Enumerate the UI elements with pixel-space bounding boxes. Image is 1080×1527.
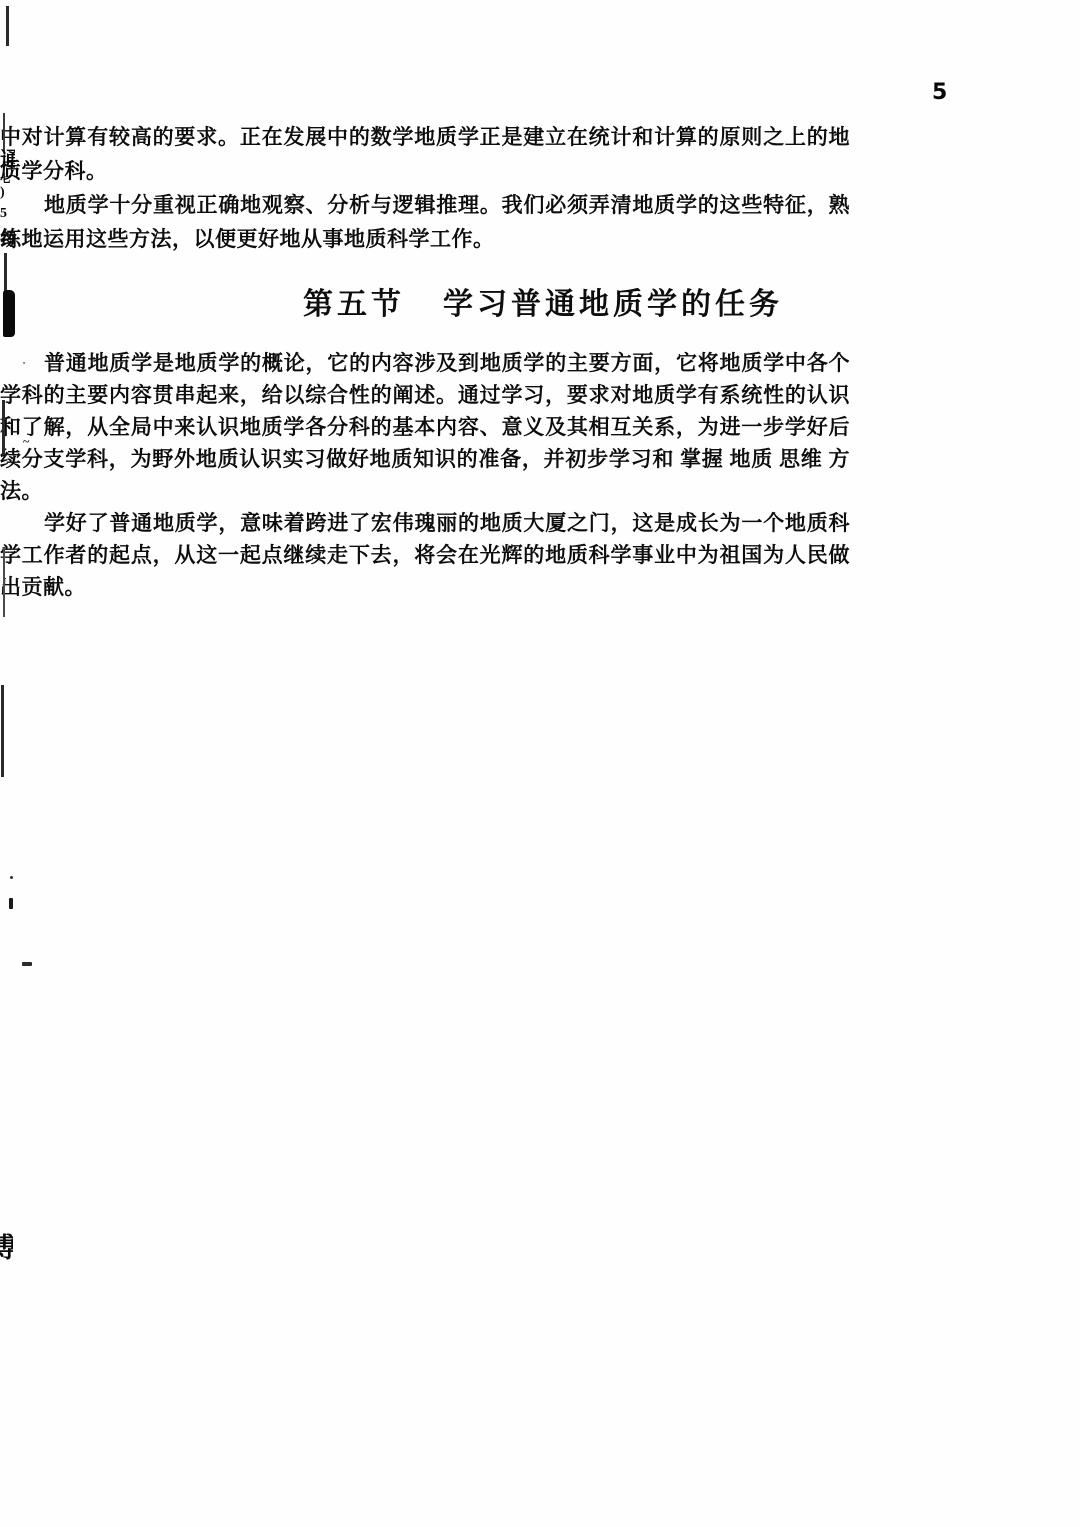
scan-speck: ~ <box>23 435 29 447</box>
page-number: 5 <box>932 80 947 105</box>
binding-line <box>3 547 5 617</box>
binding-line <box>2 400 5 455</box>
scan-speck <box>9 898 13 909</box>
spine-text-fragment: 通 <box>0 143 15 172</box>
spine-text-fragment: 尃 <box>0 1226 13 1265</box>
paragraph-1: 中对计算有较高的要求。正在发展中的数学地质学正是建立在统计和计算的原则之上的地 … <box>0 120 850 188</box>
text-line: 普通地质学是地质学的概论，它的内容涉及到地质学的主要方面，它将地质学中各个 <box>0 347 850 379</box>
text-line: 学科的主要内容贯串起来，给以综合性的阐述。通过学习，要求对地质学有系统性的认识 <box>0 379 850 411</box>
spine-text-fragment-glyph: 尃 <box>0 1226 13 1265</box>
text-line: 法。 <box>0 475 850 507</box>
binding-line <box>4 253 7 293</box>
text-line: 出贡献。 <box>0 571 850 603</box>
binding-line <box>1 685 4 777</box>
section-heading-number: 第五节 <box>303 288 405 321</box>
text-line: 质学分科。 <box>0 154 850 188</box>
paragraph-3: 普通地质学是地质学的概论，它的内容涉及到地质学的主要方面，它将地质学中各个 学科… <box>0 347 850 507</box>
spine-text-fragment: ) <box>0 185 15 201</box>
text-line: 学工作者的起点，从这一起点继续走下去，将会在光辉的地质科学事业中为祖国为人民做 <box>0 539 850 571</box>
scan-speck <box>22 962 32 966</box>
scanned-book-page: 5 中对计算有较高的要求。正在发展中的数学地质学正是建立在统计和计算的原则之上的… <box>0 0 1080 1527</box>
text-line: 中对计算有较高的要求。正在发展中的数学地质学正是建立在统计和计算的原则之上的地 <box>0 120 850 154</box>
text-line: 地质学十分重视正确地观察、分析与逻辑推理。我们必须弄清地质学的这些特征，熟 <box>0 188 850 222</box>
binding-line <box>6 6 9 46</box>
scan-speck: ᾽ <box>22 360 26 372</box>
spine-text-fragment: 七 <box>0 170 15 186</box>
ink-blot <box>3 290 15 337</box>
section-heading: 第五节学习普通地质学的任务 <box>118 284 968 326</box>
text-line: 续分支学科，为野外地质认识实习做好地质知识的准备，并初步学习和 掌握 地质 思维… <box>0 443 850 475</box>
text-line: 和了解，从全局中来认识地质学各分科的基本内容、意义及其相互关系，为进一步学好后 <box>0 411 850 443</box>
text-line: 学好了普通地质学，意味着跨进了宏伟瑰丽的地质大厦之门，这是成长为一个地质科 <box>0 507 850 539</box>
section-heading-title: 学习普通地质学的任务 <box>443 288 783 321</box>
scan-speck <box>10 876 13 879</box>
spine-text-fragment: 每 <box>0 225 15 250</box>
paragraph-4: 学好了普通地质学，意味着跨进了宏伟瑰丽的地质大厦之门，这是成长为一个地质科 学工… <box>0 507 850 603</box>
paragraph-2: 地质学十分重视正确地观察、分析与逻辑推理。我们必须弄清地质学的这些特征，熟 练地… <box>0 188 850 256</box>
spine-text-fragment: 5 <box>0 206 15 222</box>
text-line: 练地运用这些方法，以便更好地从事地质科学工作。 <box>0 222 850 256</box>
